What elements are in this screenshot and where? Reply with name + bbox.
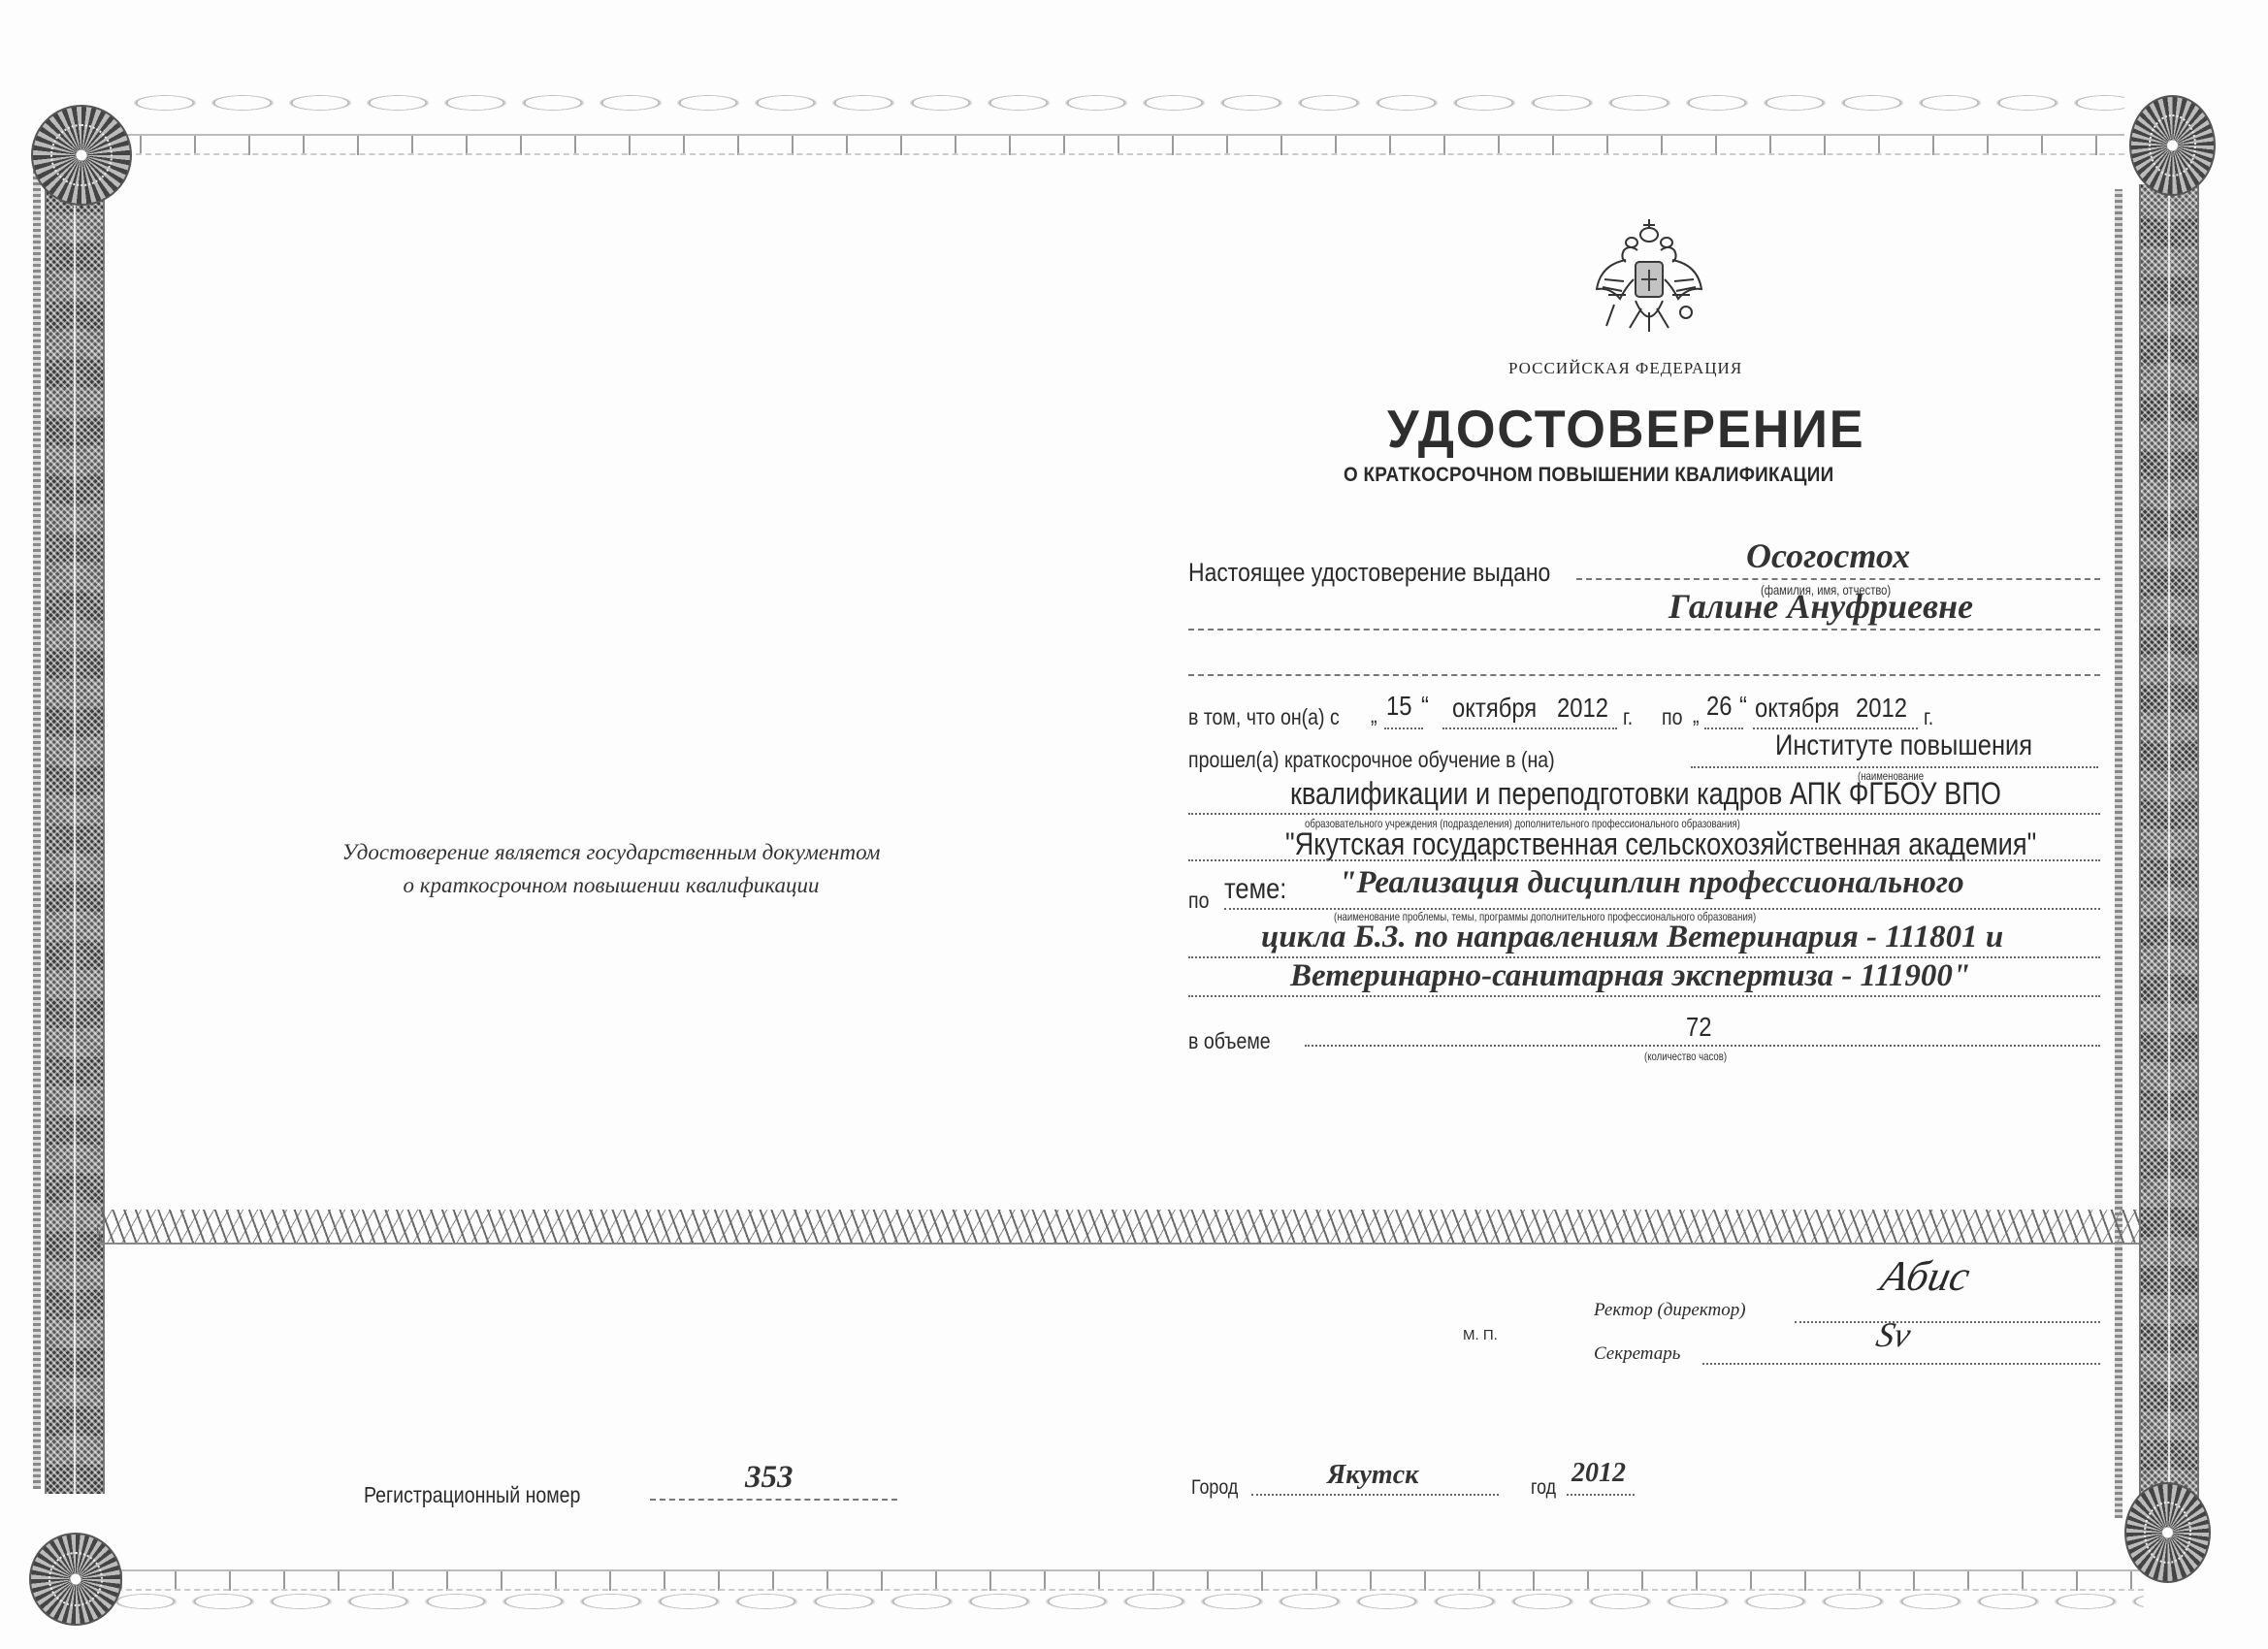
note-line-1: Удостоверение является государственным д…	[262, 836, 960, 869]
to-label: по	[1662, 704, 1682, 730]
volume-label: в объеме	[1188, 1028, 1271, 1054]
to-day: 26	[1706, 691, 1732, 722]
open-quote: „	[1371, 702, 1377, 728]
secretary-sign-line	[1702, 1363, 2100, 1365]
to-year-suffix: г.	[1924, 704, 1933, 730]
year-label: год	[1531, 1476, 1556, 1500]
from-day: 15	[1386, 691, 1411, 722]
registration-line	[650, 1499, 897, 1501]
to-year: 2012	[1856, 693, 1907, 724]
country-label: РОССИЙСКАЯ ФЕДЕРАЦИЯ	[1508, 359, 1742, 378]
extra-name-line	[1188, 674, 2100, 676]
surname-line	[1576, 578, 2100, 580]
corner-rosette-icon	[29, 1533, 122, 1626]
state-document-note: Удостоверение является государственным д…	[262, 836, 960, 902]
holder-surname: Осогостох	[1746, 535, 1910, 576]
period-line: в том, что он(а) с „ 15 “ октября 2012 г…	[1188, 691, 2120, 729]
left-border-band	[45, 150, 105, 1494]
corner-rosette-icon	[31, 105, 132, 206]
document-title: УДОСТОВЕРЕНИЕ	[1387, 398, 1865, 460]
city-line	[1251, 1494, 1499, 1496]
to-close-quote: “	[1739, 691, 1747, 722]
right-border-edge	[2115, 189, 2122, 1518]
year-value: 2012	[1571, 1458, 1626, 1489]
bottom-border-wave	[107, 1591, 2144, 1612]
seal-place-label: М. П.	[1463, 1327, 1498, 1343]
rector-sign-line	[1795, 1321, 2100, 1323]
from-month: октября	[1452, 693, 1537, 724]
volume-hint: (количество часов)	[1644, 1050, 1727, 1063]
corner-rosette-icon	[2129, 95, 2216, 196]
volume-hours: 72	[1686, 1012, 1711, 1043]
institution-line-2-text: квалификации и переподготовки кадров АПК…	[1290, 776, 2001, 812]
topic-prefix: теме:	[1224, 873, 1286, 906]
rector-signature: Абис	[1877, 1251, 1975, 1301]
corner-rosette-icon	[2124, 1482, 2211, 1583]
middle-divider-band	[97, 1210, 2139, 1245]
to-day-dots	[1704, 727, 1743, 729]
russian-coat-of-arms-icon	[1591, 211, 1707, 342]
year-line	[1567, 1494, 1635, 1496]
from-year-suffix: г.	[1623, 704, 1633, 730]
document-subtitle: О КРАТКОСРОЧНОМ ПОВЫШЕНИИ КВАЛИФИКАЦИИ	[1344, 464, 1833, 487]
right-border-band	[2139, 184, 2199, 1528]
topic-line-2: цикла Б.3. по направлениям Ветеринария -…	[1261, 920, 2003, 955]
registration-label: Регистрационный номер	[364, 1482, 580, 1508]
period-prefix: в том, что он(а) с	[1188, 704, 1340, 730]
secretary-label: Секретарь	[1594, 1343, 1680, 1365]
volume-dots	[1305, 1045, 2100, 1047]
left-border-edge	[33, 155, 41, 1489]
top-border-band	[126, 134, 2124, 155]
institution-label: прошел(а) краткосрочное обучение в (на)	[1188, 747, 1555, 773]
rector-label: Ректор (директор)	[1594, 1300, 1746, 1321]
from-date-dots	[1442, 727, 1617, 729]
city-value: Якутск	[1327, 1460, 1418, 1491]
secretary-signature: Sv	[1873, 1314, 1915, 1355]
topic-line-3-dots	[1188, 995, 2100, 997]
given-names-line	[1188, 629, 2100, 630]
to-open-quote: „	[1693, 702, 1700, 728]
institution-line-3-text: "Якутская государственная сельскохозяйст…	[1285, 826, 2036, 862]
registration-number: 353	[745, 1460, 794, 1496]
from-day-dots	[1384, 727, 1423, 729]
city-label: Город	[1191, 1476, 1238, 1500]
bottom-border-band	[107, 1569, 2144, 1591]
institution-line-1-text: Институте повышения	[1775, 729, 2032, 762]
holder-given-names: Галине Ануфриевне	[1669, 586, 1973, 627]
topic-line-3: Ветеринарно-санитарная экспертиза - 1119…	[1290, 958, 1970, 994]
to-month: октября	[1755, 693, 1839, 724]
top-border-wave	[126, 92, 2124, 113]
institution-line-3	[1188, 859, 2100, 861]
institution-line-1	[1691, 766, 2098, 768]
from-year: 2012	[1557, 693, 1608, 724]
close-quote: “	[1421, 691, 1429, 722]
issued-to-label: Настоящее удостоверение выдано	[1188, 558, 1550, 588]
note-line-2: о краткосрочном повышении квалификации	[262, 869, 960, 902]
institution-line-2	[1188, 813, 2100, 815]
topic-line-1: "Реализация дисциплин профессионального	[1339, 865, 1964, 901]
topic-label: по	[1188, 888, 1209, 914]
